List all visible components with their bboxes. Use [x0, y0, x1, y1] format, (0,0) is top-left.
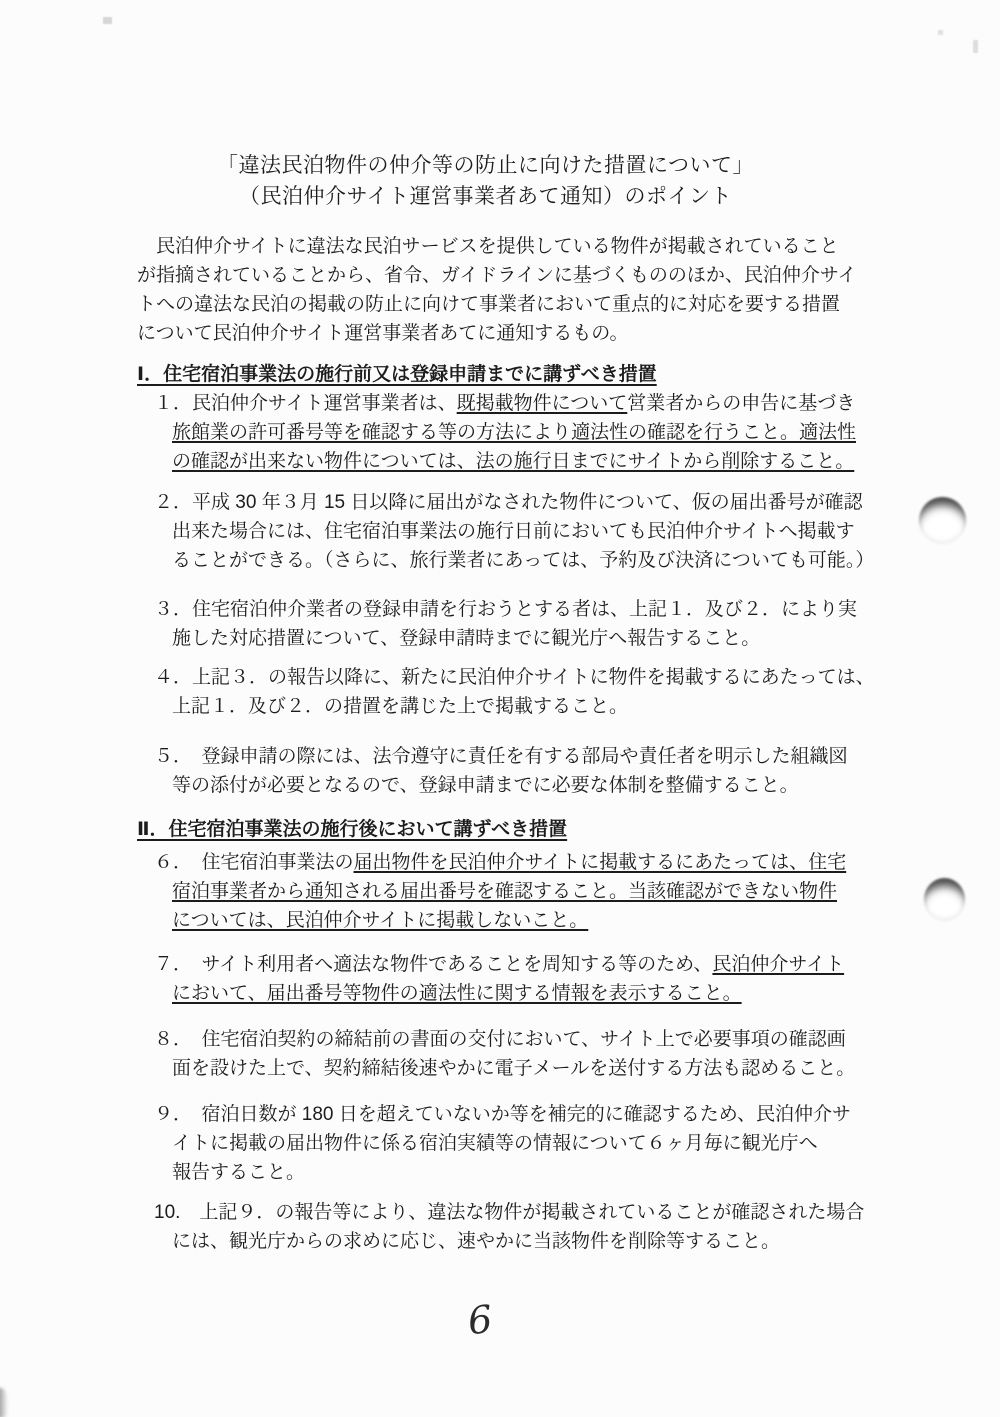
section-heading-2: Ⅱ．住宅宿泊事業法の施行後において講ずべき措置 — [137, 815, 880, 844]
punch-hole-icon — [919, 497, 966, 544]
list-item: ６． 住宅宿泊事業法の届出物件を民泊仲介サイトに掲載するにあたっては、住宅 宿泊… — [137, 848, 880, 935]
handwritten-page-number: 6 — [466, 1297, 495, 1343]
list-item: ５． 登録申請の際には、法令遵守に責任を有する部局や責任者を明示した組織図 等の… — [137, 742, 880, 800]
section-after-enforcement: Ⅱ．住宅宿泊事業法の施行後において講ずべき措置 ６． 住宅宿泊事業法の届出物件を… — [137, 815, 880, 1256]
scan-speck-icon — [103, 17, 112, 24]
scan-speck-icon — [973, 40, 978, 53]
list-item: ２．平成 30 年３月 15 日以降に届出がなされた物件について、仮の届出番号が… — [137, 488, 880, 575]
list-item: １．民泊仲介サイト運営事業者は、既掲載物件について営業者からの申告に基づき 旅館… — [137, 389, 880, 476]
section-heading-1: Ⅰ．住宅宿泊事業法の施行前又は登録申請までに講ずべき措置 — [137, 360, 880, 389]
list-item: ３．住宅宿泊仲介業者の登録申請を行おうとする者は、上記１．及び２．により実 施し… — [137, 595, 880, 653]
document-page: 「違法民泊物件の仲介等の防止に向けた措置について」 （民泊仲介サイト運営事業者あ… — [0, 0, 1000, 1417]
list-item: ７． サイト利用者へ適法な物件であることを周知する等のため、民泊仲介サイト にお… — [137, 950, 880, 1008]
intro-paragraph: 民泊仲介サイトに違法な民泊サービスを提供している物件が掲載されていること が指摘… — [137, 232, 880, 348]
scan-smudge-icon — [0, 1388, 8, 1417]
scan-speck-icon — [938, 30, 943, 35]
list-item: ９． 宿泊日数が 180 日を超えていないか等を補完的に確認するため、民泊仲介サ… — [137, 1100, 880, 1187]
list-item: ４．上記３．の報告以降に、新たに民泊仲介サイトに物件を掲載するにあたっては、 上… — [137, 663, 880, 721]
list-item: ８． 住宅宿泊契約の締結前の書面の交付において、サイト上で必要事項の確認画 面を… — [137, 1025, 880, 1083]
list-item: 10. 上記９．の報告等により、違法な物件が掲載されていることが確認された場合 … — [137, 1198, 880, 1256]
document-content: 「違法民泊物件の仲介等の防止に向けた措置について」 （民泊仲介サイト運営事業者あ… — [0, 0, 1000, 1256]
punch-hole-icon — [924, 878, 965, 921]
section-before-enforcement: Ⅰ．住宅宿泊事業法の施行前又は登録申請までに講ずべき措置 １．民泊仲介サイト運営… — [137, 360, 880, 800]
page-title: 「違法民泊物件の仲介等の防止に向けた措置について」 （民泊仲介サイト運営事業者あ… — [137, 150, 834, 212]
